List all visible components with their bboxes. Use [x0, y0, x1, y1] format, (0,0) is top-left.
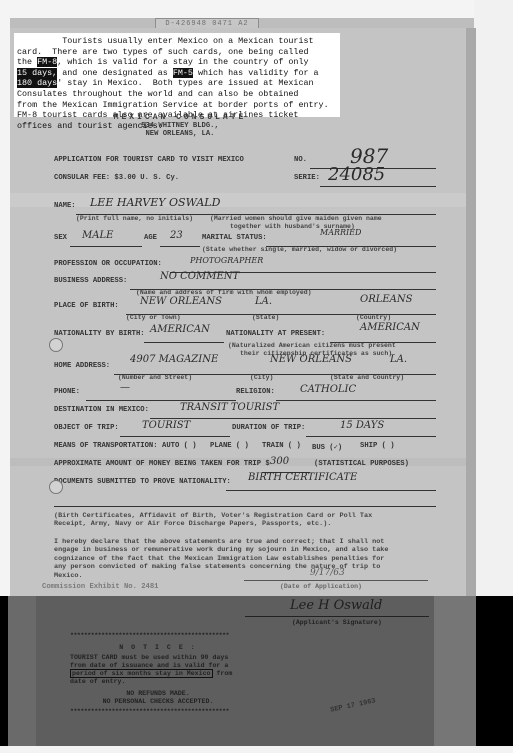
caption-box: Tourists usually enter Mexico on a Mexic… [14, 33, 340, 117]
home-row: HOME ADDRESS: 4907 MAGAZINE NEW ORLEANS … [30, 362, 440, 376]
scan-right-margin [474, 0, 513, 596]
notice-no-refunds: NO REFUNDS MADE. [70, 690, 246, 698]
declaration-line: Mexico. [54, 572, 444, 580]
transport-train: TRAIN ( ) [262, 442, 301, 450]
duration-label: DURATION OF TRIP: [232, 424, 305, 432]
transport-bus: BUS (✓) [312, 442, 342, 452]
name-row: NAME: LEE HARVEY OSWALD (Print full name… [30, 202, 440, 216]
exhibit-label: Commission Exhibit No. 2481 [42, 583, 158, 591]
caption-highlight: FM-8 [37, 57, 57, 67]
consulate-title: MEXICAN CONSULATE [30, 114, 330, 122]
notice-box: ****************************************… [70, 632, 246, 716]
documents-extra-line [30, 494, 440, 508]
punch-hole [49, 338, 63, 352]
destination-label: DESTINATION IN MEXICO: [54, 406, 149, 414]
scan-bottom-edge [0, 746, 513, 753]
scan-shade [8, 596, 36, 746]
transport-plane: PLANE ( ) [210, 442, 249, 450]
declaration-line: I hereby declare that the above statemen… [54, 538, 444, 546]
caption-text: and one designated as [57, 68, 173, 78]
home-street-note: (Number and Street) [118, 374, 192, 381]
notice-line: date of entry. [70, 678, 246, 686]
birth-state-value: LA. [255, 296, 272, 307]
punch-hole [49, 480, 63, 494]
documents-note: (Birth Certificates, Affidavit of Birth,… [54, 512, 444, 529]
caption-highlight: 180 days [17, 78, 57, 88]
paper-edge [466, 28, 476, 596]
notice-title: N O T I C E : [70, 644, 246, 652]
consulate-address-2: NEW ORLEANS, LA. [30, 130, 330, 138]
birthplace-label: PLACE OF BIRTH: [54, 302, 119, 310]
object-row: OBJECT OF TRIP: TOURIST DURATION OF TRIP… [30, 424, 440, 438]
name-note: (Print full name, no initials) [76, 215, 193, 222]
business-note: (Name and address of firm with whom empl… [136, 289, 312, 296]
notice-line: period of six months stay in Mexico from [70, 670, 246, 678]
business-label: BUSINESS ADDRESS: [54, 277, 127, 285]
caption-text: from the Mexican Immigration Service at … [17, 100, 329, 110]
caption-text: Consulates throughout the world and can … [17, 89, 298, 99]
name-value: LEE HARVEY OSWALD [90, 196, 220, 209]
nationality-row: NATIONALITY BY BIRTH: AMERICAN NATIONALI… [30, 330, 440, 344]
date-line [244, 580, 428, 581]
signature-line [245, 616, 429, 617]
number-label: NO. [294, 156, 307, 164]
birth-city-note: (City or Town) [126, 314, 181, 321]
application-label: APPLICATION FOR TOURIST CARD TO VISIT ME… [54, 156, 244, 164]
nat-note-1: (Naturalized American citizens must pres… [228, 342, 396, 349]
date-value: 9/17/63 [310, 568, 345, 578]
nat-birth-value: AMERICAN [150, 324, 210, 335]
fee-row: CONSULAR FEE: $3.00 U. S. Cy. SERIE: 240… [30, 174, 440, 188]
caption-text: which has validity for a [193, 68, 319, 78]
notice-text: from [213, 670, 233, 677]
phone-row: PHONE: — RELIGION: CATHOLIC [30, 388, 440, 402]
caption-line: 180 days' stay in Mexico. Both types are… [17, 78, 340, 89]
declaration-line: cognizance of the fact that the Mexican … [54, 555, 444, 563]
home-label: HOME ADDRESS: [54, 362, 110, 370]
home-city-note: (City) [250, 374, 273, 381]
phone-label: PHONE: [54, 388, 80, 396]
documents-note-1: (Birth Certificates, Affidavit of Birth,… [54, 512, 444, 520]
home-state-note: (State and Country) [330, 374, 404, 381]
sex-label: SEX [54, 234, 67, 242]
age-value: 23 [170, 230, 183, 241]
caption-line: 15 days, and one designated as FM-5 whic… [17, 68, 340, 79]
marital-value: MARRIED [320, 228, 361, 237]
religion-label: RELIGION: [236, 388, 275, 396]
caption-line: the FM-8, which is valid for a stay in t… [17, 57, 340, 68]
notice-line: TOURIST CARD must be used within 90 days [70, 654, 246, 662]
serie-value: 24085 [328, 164, 385, 185]
consulate-header: MEXICAN CONSULATE 534 WHITNEY BLDG., NEW… [30, 114, 330, 138]
notice-border-bottom: ****************************************… [70, 708, 246, 716]
birth-country-value: ORLEANS [360, 294, 413, 305]
business-value: NO COMMENT [160, 271, 239, 282]
name-note-married: (Married women should give maiden given … [210, 215, 382, 222]
phone-line [86, 388, 236, 401]
notice-highlight: period of six months stay in Mexico [70, 669, 213, 678]
money-value: 300 [270, 456, 289, 467]
age-label: AGE [144, 234, 157, 242]
money-label: APPROXIMATE AMOUNT OF MONEY BEING TAKEN … [54, 460, 270, 468]
occupation-label: PROFESSION OR OCCUPATION: [54, 260, 162, 268]
transport-auto: AUTO ( ) [162, 442, 197, 450]
nat-birth-label: NATIONALITY BY BIRTH: [54, 330, 145, 338]
fee-label: CONSULAR FEE: $3.00 U. S. Cy. [54, 174, 179, 182]
home-city-value: NEW ORLEANS [270, 354, 352, 365]
sex-age-row: SEX MALE AGE 23 MARITAL STATUS: MARRIED … [30, 234, 440, 248]
documents-line-2 [54, 494, 436, 507]
object-label: OBJECT OF TRIP: [54, 424, 119, 432]
marital-label: MARITAL STATUS: [202, 234, 267, 242]
caption-text: card. There are two types of such cards,… [17, 47, 309, 57]
caption-text: the [17, 57, 37, 67]
destination-row: DESTINATION IN MEXICO: TRANSIT TOURIST [30, 406, 440, 420]
home-street-value: 4907 MAGAZINE [130, 354, 218, 365]
declaration: I hereby declare that the above statemen… [54, 538, 444, 580]
caption-text: Tourists usually enter Mexico on a Mexic… [17, 36, 314, 46]
home-state-value: LA. [390, 354, 407, 365]
caption-line: from the Mexican Immigration Service at … [17, 100, 340, 111]
money-row: APPROXIMATE AMOUNT OF MONEY BEING TAKEN … [30, 460, 440, 474]
birth-country-note: (Country) [356, 314, 391, 321]
caption-text: , which is valid for a stay in the count… [57, 57, 308, 67]
transport-label: MEANS OF TRANSPORTATION: [54, 442, 158, 450]
scan-shade [434, 596, 476, 746]
religion-value: CATHOLIC [300, 384, 356, 395]
phone-value: — [120, 382, 130, 393]
money-note: (STATISTICAL PURPOSES) [314, 460, 409, 468]
declaration-line: any person convicted of making false sta… [54, 563, 444, 571]
consulate-address-1: 534 WHITNEY BLDG., [30, 122, 330, 130]
nat-present-value: AMERICAN [360, 322, 420, 333]
documents-note-2: Receipt, Army, Navy or Air Force Dischar… [54, 520, 444, 528]
transport-ship: SHIP ( ) [360, 442, 395, 450]
object-value: TOURIST [142, 420, 190, 431]
marital-note: (State whether single, married, widow or… [202, 246, 397, 253]
birthplace-row: PLACE OF BIRTH: NEW ORLEANS LA. ORLEANS … [30, 302, 440, 316]
business-row: BUSINESS ADDRESS: NO COMMENT (Name and a… [30, 277, 440, 291]
birth-state-note: (State) [252, 314, 279, 321]
transport-row: MEANS OF TRANSPORTATION: AUTO ( ) PLANE … [30, 442, 440, 456]
duration-value: 15 DAYS [340, 420, 384, 431]
caption-highlight: 15 days, [17, 68, 57, 78]
caption-line: Tourists usually enter Mexico on a Mexic… [17, 36, 340, 47]
documents-value: BIRTH CERTIFICATE [248, 472, 357, 483]
serie-label: SERIE: [294, 174, 320, 182]
caption-line: card. There are two types of such cards,… [17, 47, 340, 58]
birth-city-value: NEW ORLEANS [140, 296, 222, 307]
nat-present-label: NATIONALITY AT PRESENT: [226, 330, 325, 338]
name-label: NAME: [54, 202, 76, 210]
notice-border-top: ****************************************… [70, 632, 246, 640]
signature-label: (Applicant's Signature) [292, 619, 382, 626]
signature-value: Lee H Oswald [290, 598, 382, 613]
occupation-value: PHOTOGRAPHER [190, 256, 263, 265]
declaration-line: engage in business or remunerative work … [54, 546, 444, 554]
destination-value: TRANSIT TOURIST [180, 402, 279, 413]
caption-text: ' stay in Mexico. Both types are issued … [57, 78, 313, 88]
caption-highlight: FM-5 [173, 68, 193, 78]
notice-no-checks: NO PERSONAL CHECKS ACCEPTED. [70, 698, 246, 706]
documents-row: DOCUMENTS SUBMITTED TO PROVE NATIONALITY… [30, 478, 440, 492]
documents-label: DOCUMENTS SUBMITTED TO PROVE NATIONALITY… [54, 478, 231, 486]
date-label: (Date of Application) [280, 583, 362, 590]
caption-line: Consulates throughout the world and can … [17, 89, 340, 100]
sex-value: MALE [82, 230, 113, 241]
